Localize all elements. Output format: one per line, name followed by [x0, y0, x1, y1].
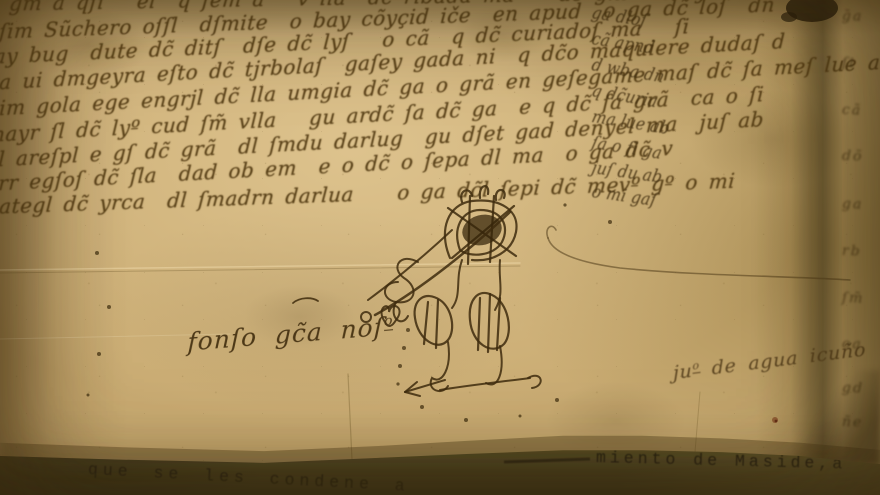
name-part1: ju [673, 360, 693, 384]
signature-superscript-o: o [384, 313, 394, 331]
signature-alonso-garcia: fonſo gc̃a noſo [115, 282, 395, 391]
facing-page-mark: ſt [842, 55, 857, 72]
facing-page-mark: dõ [842, 148, 864, 165]
typed-line-left: que se les condene a [88, 460, 411, 495]
manuscript-photo: o gm̃ a qſi el q ſem a v lla dc̃ ribada … [0, 0, 880, 495]
signature-part2: noſ [322, 312, 384, 346]
facing-page-mark: ſm̃ [842, 290, 865, 307]
signature-part1: fonſo [187, 320, 275, 356]
signature-abbreviation: gc̃a [275, 317, 324, 350]
name-part2: de agua icuño [700, 338, 867, 380]
facing-page-mark: cã [842, 102, 863, 119]
typed-obscured-word-line [504, 458, 590, 464]
facing-page-mark: ga [842, 196, 864, 213]
facing-page-mark: ḡa [842, 8, 864, 25]
facing-page-mark: ñe [842, 414, 864, 431]
name-right-juo-de-agua: juo de agua icuño [625, 316, 867, 412]
facing-page-mark: rb [842, 243, 862, 260]
